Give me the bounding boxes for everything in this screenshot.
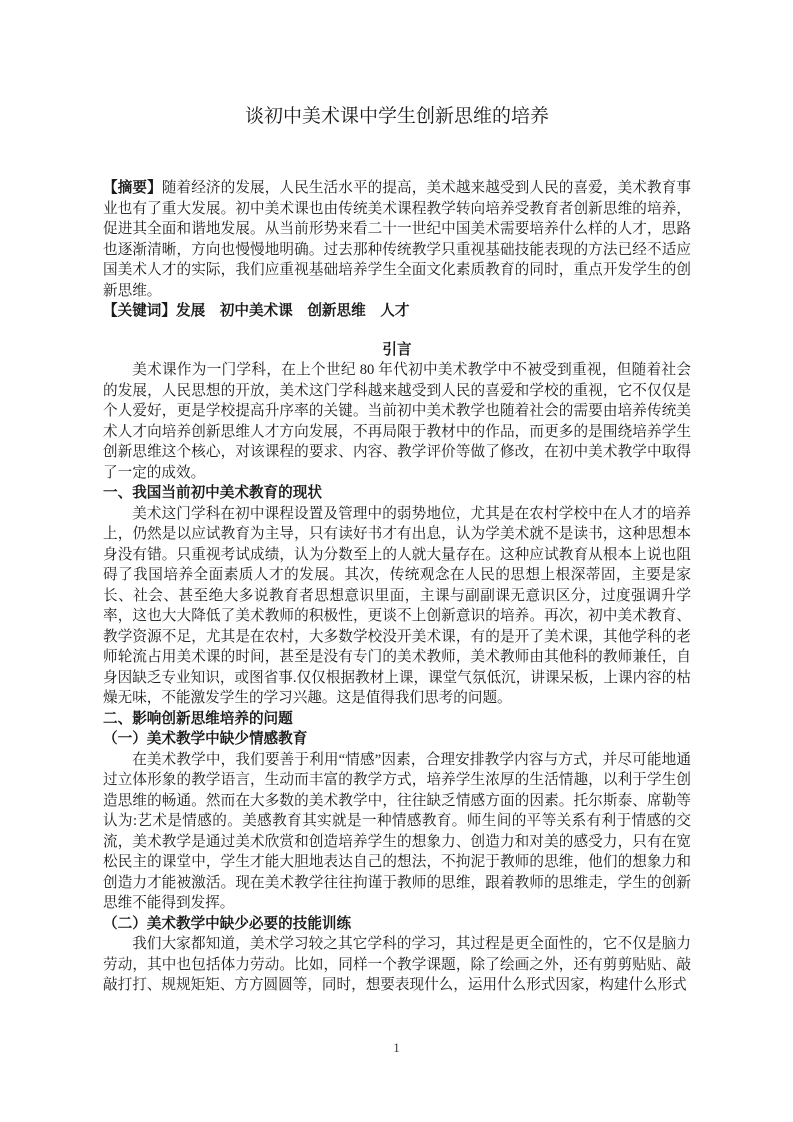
keywords-line: 【关键词】发展 初中美术课 创新思维 人才	[103, 301, 691, 322]
page-number: 1	[0, 1040, 793, 1056]
document-page: 谈初中美术课中学生创新思维的培养 【摘要】随着经济的发展，人民生活水平的提高，美…	[0, 0, 793, 1122]
abstract-text: 随着经济的发展，人民生活水平的提高，美术越来越受到人民的喜爱，美术教育事业也有了…	[103, 180, 691, 299]
subsection-2-1-paragraph: 在美术教学中，我们要善于利用“情感”因素，合理安排教学内容与方式，并尽可能地通过…	[103, 750, 691, 914]
subsection-2-2-heading: （二）美术教学中缺少必要的技能训练	[103, 914, 691, 935]
keywords-label: 【关键词】	[103, 303, 176, 319]
document-content: 谈初中美术课中学生创新思维的培养 【摘要】随着经济的发展，人民生活水平的提高，美…	[103, 104, 691, 996]
subsection-2-1-heading: （一）美术教学中缺少情感教育	[103, 729, 691, 750]
section-1-heading: 一、我国当前初中美术教育的现状	[103, 483, 691, 504]
abstract-paragraph: 【摘要】随着经济的发展，人民生活水平的提高，美术越来越受到人民的喜爱，美术教育事…	[103, 178, 691, 301]
subsection-2-2-paragraph: 我们大家都知道，美术学习较之其它学科的学习，其过程是更全面性的，它不仅是脑力劳动…	[103, 934, 691, 996]
section-1-paragraph: 美术这门学科在初中课程设置及管理中的弱势地位，尤其是在农村学校中在人才的培养上，…	[103, 504, 691, 709]
section-2-heading: 二、影响创新思维培养的问题	[103, 709, 691, 730]
introduction-heading: 引言	[103, 340, 691, 361]
document-title: 谈初中美术课中学生创新思维的培养	[103, 104, 691, 130]
keywords-text: 发展 初中美术课 创新思维 人才	[176, 303, 410, 319]
abstract-label: 【摘要】	[103, 180, 162, 196]
introduction-paragraph: 美术课作为一门学科，在上个世纪 80 年代初中美术教学中不被受到重视，但随着社会…	[103, 360, 691, 483]
